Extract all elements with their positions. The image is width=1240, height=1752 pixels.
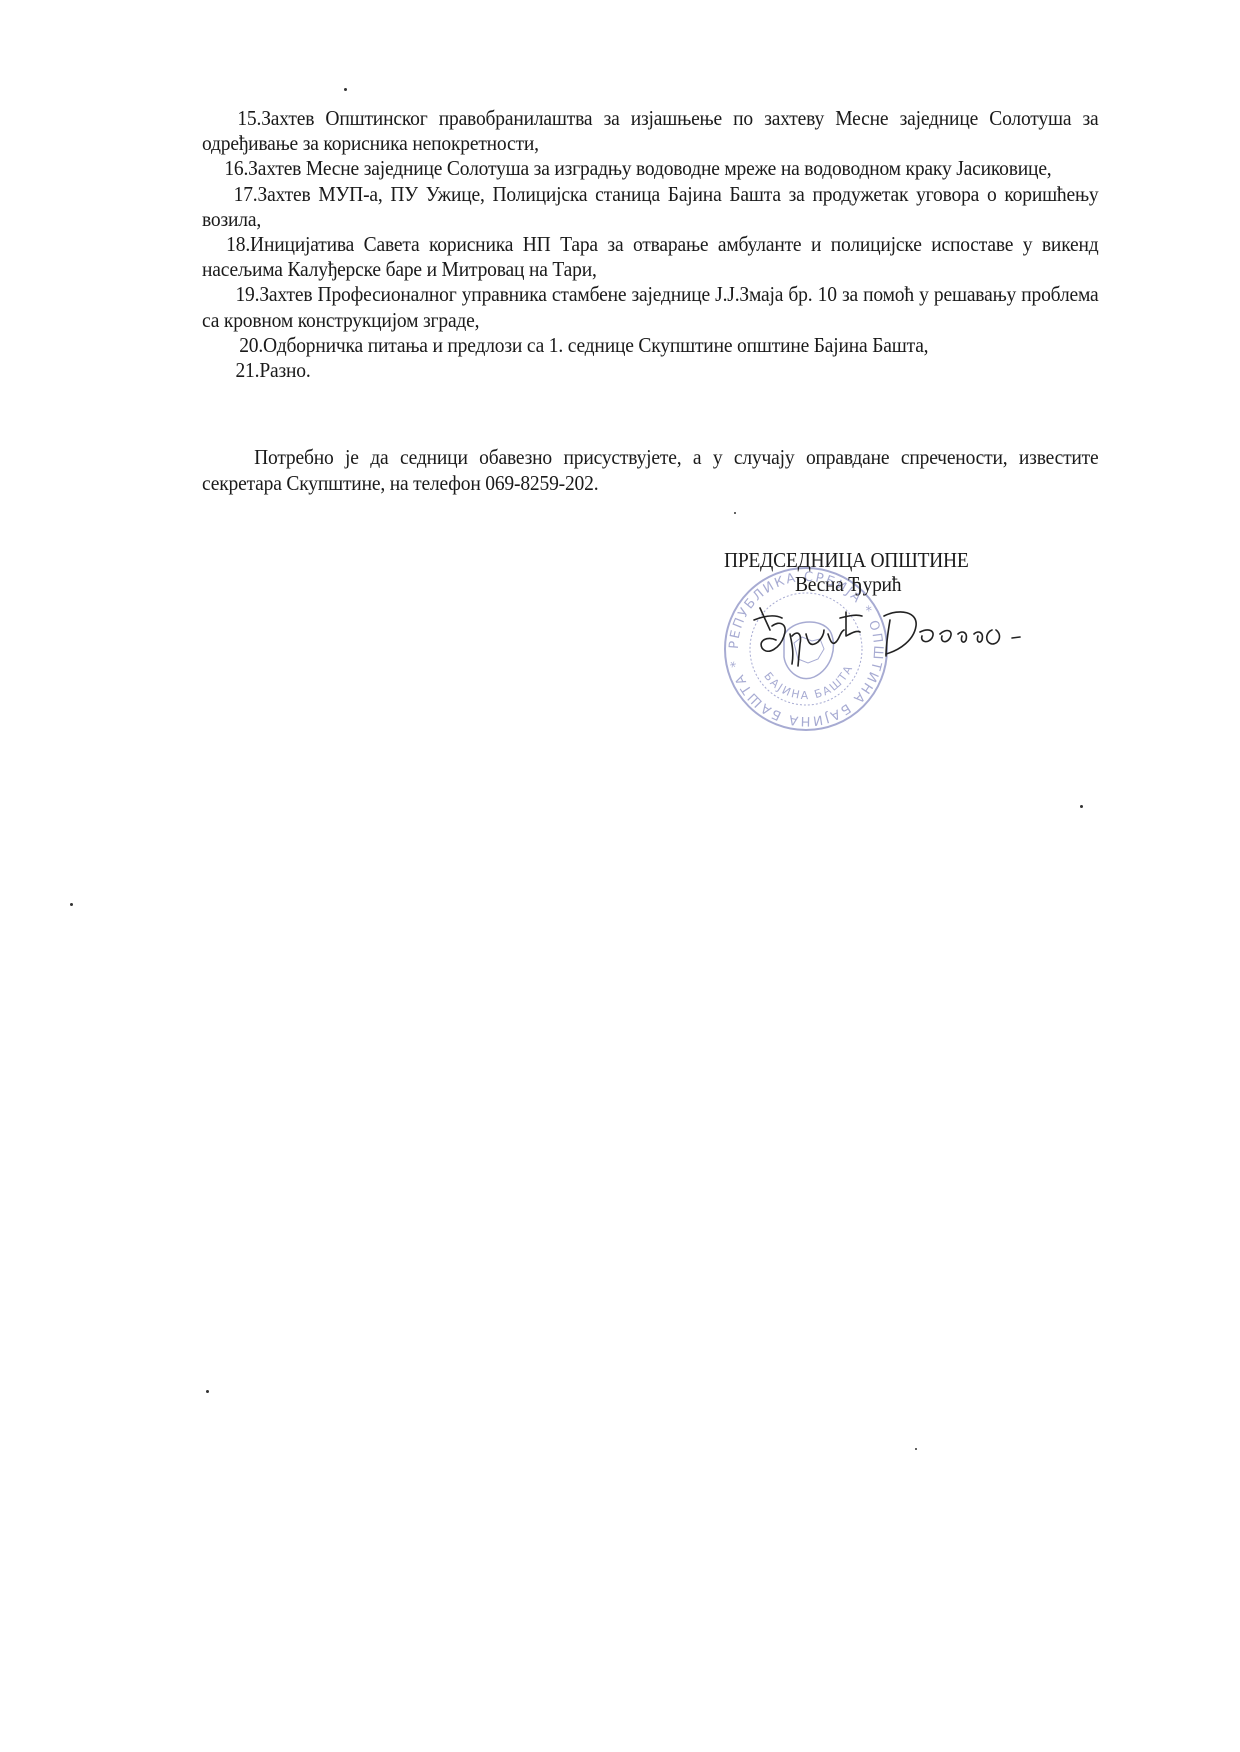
agenda-item-15: 15.Захтев Општинског правобранилаштва за… [202,106,1099,156]
scan-speck [1080,805,1083,808]
agenda-list: 15.Захтев Општинског правобранилаштва за… [202,106,1099,383]
scan-speck [206,1390,209,1393]
agenda-item-20: 20.Одборничка питања и предлози са 1. се… [202,333,1099,358]
agenda-item-17: 17.Захтев МУП-а, ПУ Ужице, Полицијска ст… [202,182,1099,232]
agenda-item-19: 19.Захтев Професионалног управника стамб… [202,282,1099,332]
scan-speck [734,512,736,514]
signatory-title: ПРЕДСЕДНИЦА ОПШТИНЕ [724,548,968,572]
document-page: 15.Захтев Општинског правобранилаштва за… [0,0,1240,1752]
agenda-item-21: 21.Разно. [202,358,1099,383]
scan-speck [344,88,347,91]
handwritten-signature-icon [740,590,1060,700]
attendance-notice: Потребно је да седници обавезно присуств… [202,445,1099,496]
agenda-item-18: 18.Иницијатива Савета корисника НП Тара … [202,232,1099,282]
scan-speck [70,903,73,906]
agenda-item-16: 16.Захтев Месне заједнице Солотуша за из… [202,156,1099,181]
scan-speck [915,1448,917,1450]
